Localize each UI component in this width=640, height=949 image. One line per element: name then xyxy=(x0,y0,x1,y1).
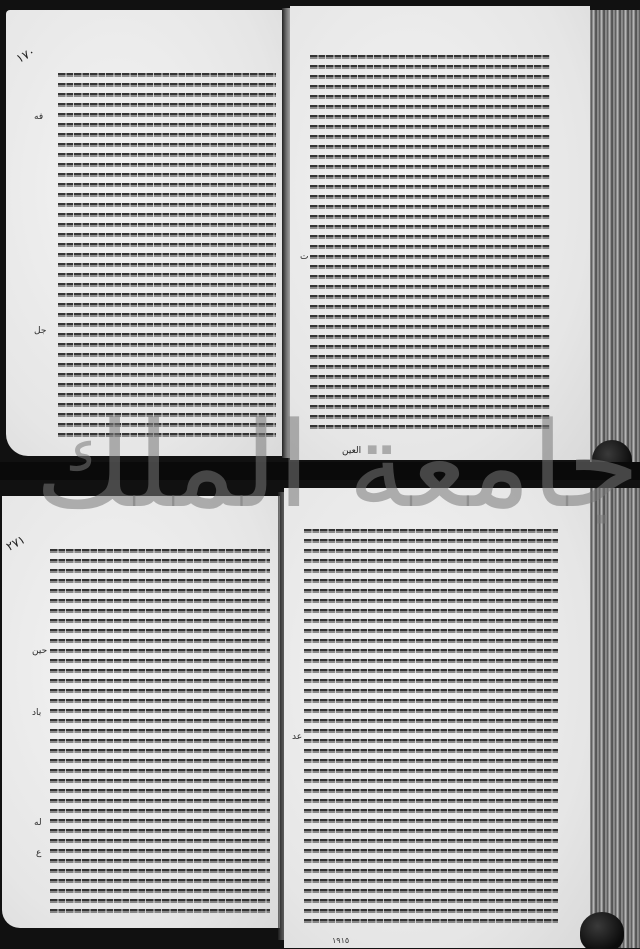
top-left-page: ١٧٠ فه جل xyxy=(6,10,284,456)
manuscript-text-block xyxy=(50,546,270,916)
margin-note: عد xyxy=(292,732,302,742)
bottom-spread: ٢٧١ حين باد له ع عد ١٩١٥ xyxy=(0,480,640,949)
page-edges xyxy=(590,488,640,948)
margin-note: فه xyxy=(34,112,43,122)
margin-note: ت xyxy=(300,252,308,262)
folio-number: ١٧٠ xyxy=(14,44,38,65)
thumb-shadow xyxy=(580,912,624,949)
manuscript-text-block xyxy=(304,526,558,924)
page-edges xyxy=(590,10,640,462)
manuscript-text-block xyxy=(310,52,550,430)
top-spread: ١٧٠ فه جل ت العين xyxy=(0,0,640,462)
margin-note: ع xyxy=(36,848,41,858)
bottom-right-page: عد ١٩١٥ xyxy=(284,488,590,948)
margin-note: جل xyxy=(34,326,46,336)
folio-number: ٢٧١ xyxy=(4,532,28,553)
margin-note: باد xyxy=(32,708,41,718)
manuscript-text-block xyxy=(58,70,276,442)
top-right-page: ت العين xyxy=(290,6,590,460)
margin-note: حين xyxy=(32,646,47,656)
bottom-left-page: ٢٧١ حين باد له ع xyxy=(2,496,280,928)
margin-note: له xyxy=(34,818,42,828)
shelfmark: ١٩١٥ xyxy=(332,936,349,945)
catchword: العين xyxy=(342,446,361,456)
